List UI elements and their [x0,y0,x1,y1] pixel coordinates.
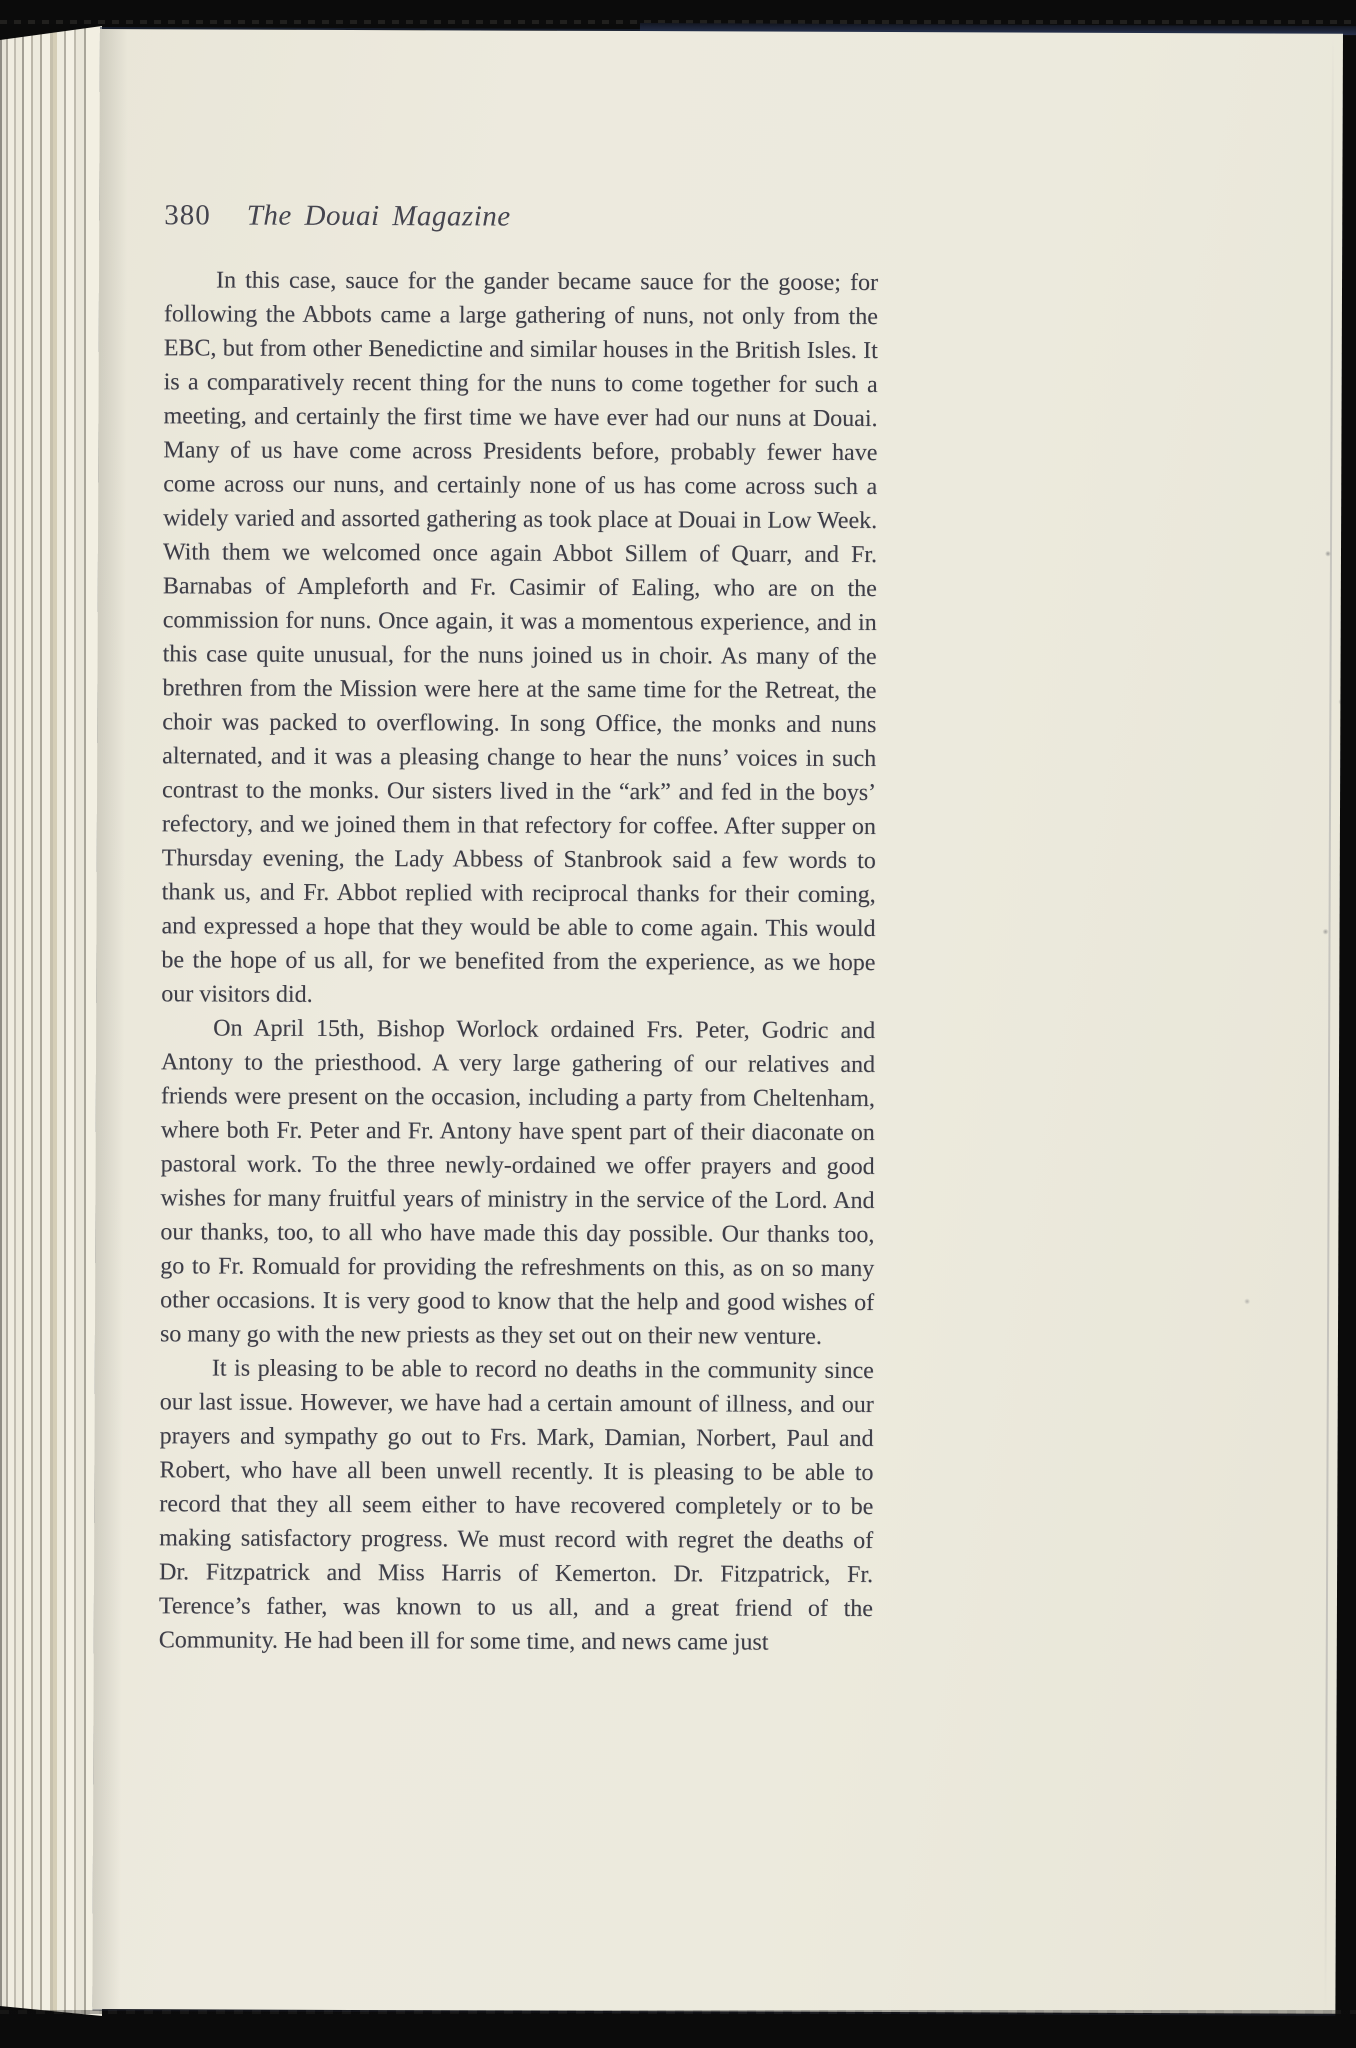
book-page: 380 The Douai Magazine In this case, sau… [92,29,1343,2014]
page-body-text: In this case, sauce for the gander becam… [159,263,878,1660]
fanned-page-edges [0,0,102,2048]
paragraph-1: In this case, sauce for the gander becam… [161,263,878,1014]
page-number: 380 [164,199,211,232]
magazine-title: The Douai Magazine [247,200,511,234]
page-content: 380 The Douai Magazine In this case, sau… [159,199,879,1660]
cover-cloth-edge-bottom [0,2010,1356,2014]
paragraph-2: On April 15th, Bishop Worlock ordained F… [160,1011,875,1354]
paragraph-3: It is pleasing to be able to record no d… [159,1351,874,1660]
scanned-book-photo: 380 The Douai Magazine In this case, sau… [0,0,1356,2048]
running-head: 380 The Douai Magazine [164,199,878,235]
